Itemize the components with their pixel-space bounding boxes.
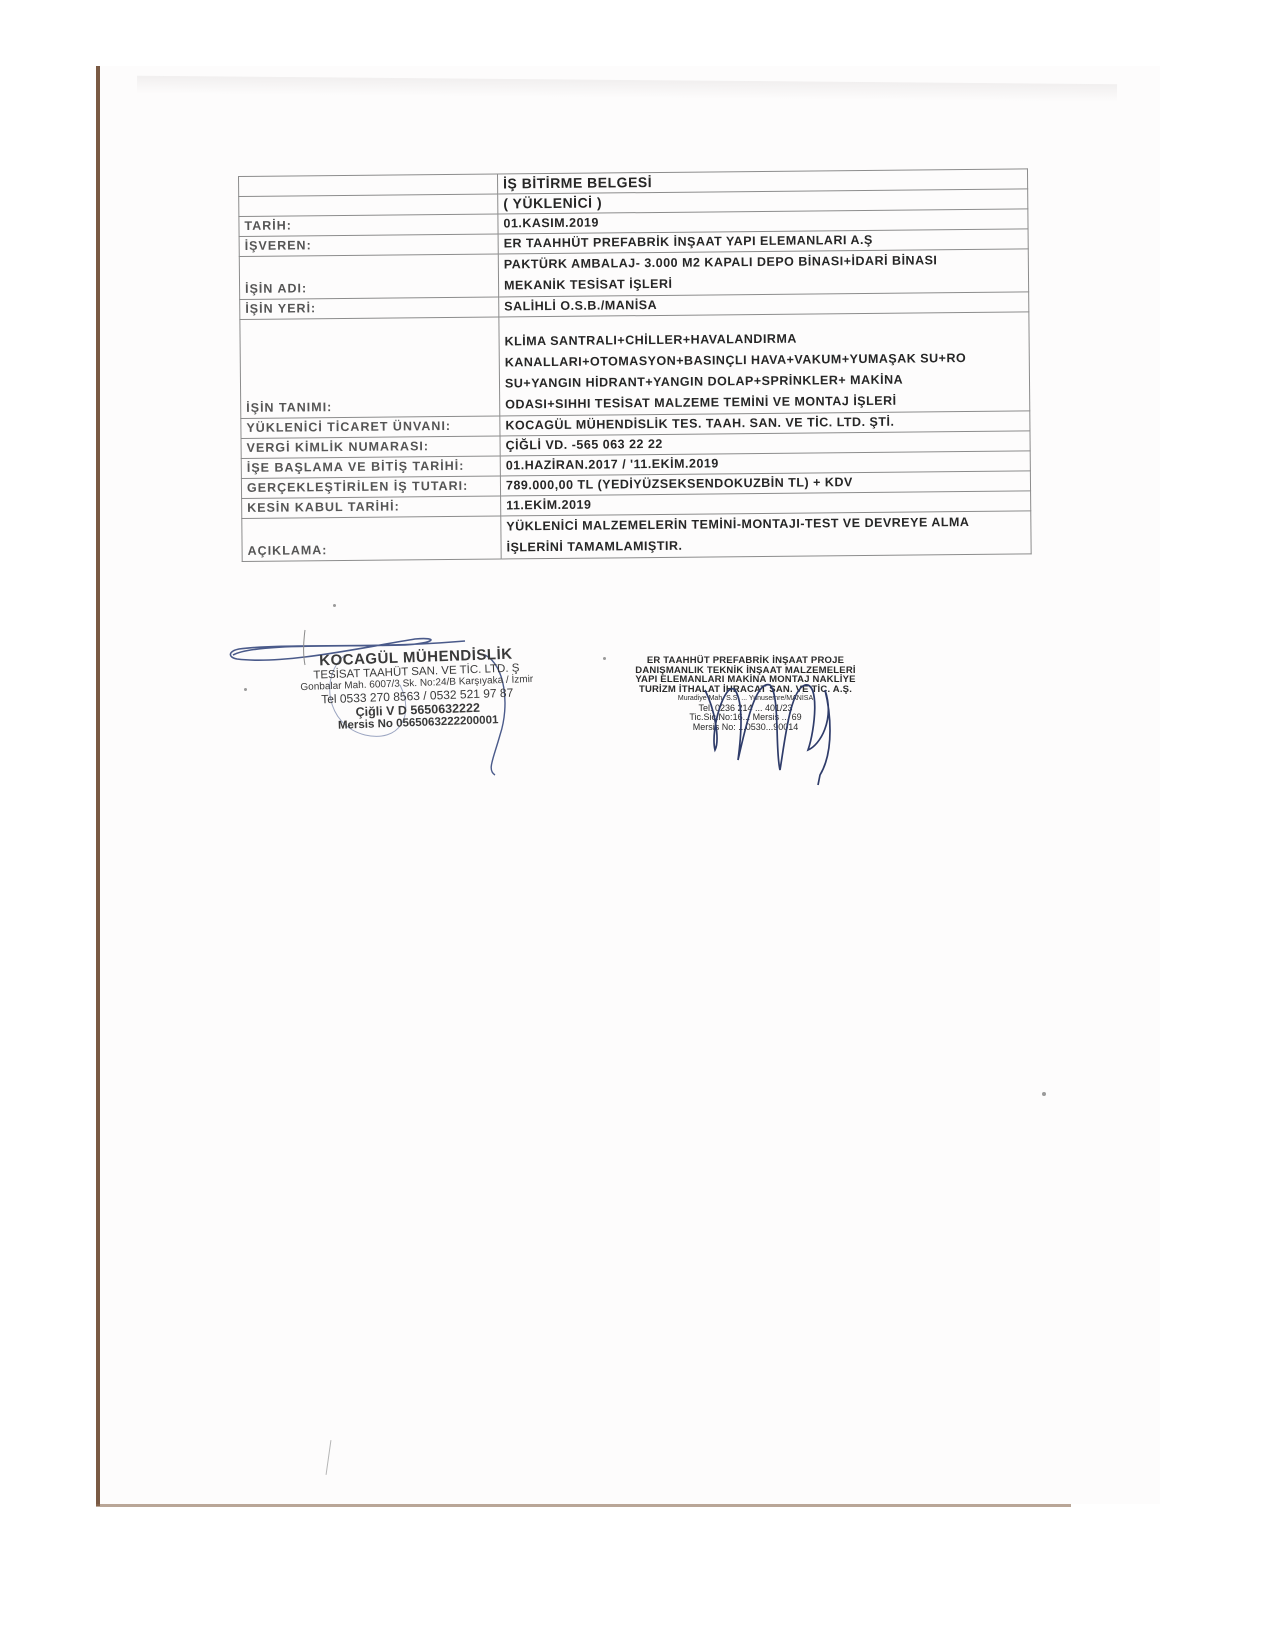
row-value-line: İŞLERİNİ TAMAMLAMIŞTIR. xyxy=(506,532,1025,558)
row-label: VERGİ KİMLİK NUMARASI: xyxy=(241,436,500,458)
row-value: KLİMA SANTRALI+CHİLLER+HAVALANDIRMA KANA… xyxy=(499,312,1030,416)
empty-label-cell xyxy=(239,174,498,196)
row-label: TARİH: xyxy=(239,214,498,236)
row-label: İŞE BAŞLAMA VE BİTİŞ TARİHİ: xyxy=(241,456,500,478)
scan-speck xyxy=(603,657,606,660)
certificate-table: İŞ BİTİRME BELGESİ ( YÜKLENİCİ ) TARİH: … xyxy=(238,168,1032,562)
certificate-table-wrapper: İŞ BİTİRME BELGESİ ( YÜKLENİCİ ) TARİH: … xyxy=(238,168,1032,562)
row-label: İŞİN YERİ: xyxy=(240,297,499,319)
scan-speck xyxy=(333,604,336,607)
table-row-notes: AÇIKLAMA: YÜKLENİCİ MALZEMELERİN TEMİNİ-… xyxy=(242,511,1031,562)
contractor-stamp: KOCAGÜL MÜHENDİSLİK TESİSAT TAAHÜT SAN. … xyxy=(286,644,549,733)
row-label: İŞİN TANIMI: xyxy=(240,317,500,418)
contractor-stamp-signature: KOCAGÜL MÜHENDİSLİK TESİSAT TAAHÜT SAN. … xyxy=(225,625,555,785)
row-value: PAKTÜRK AMBALAJ- 3.000 M2 KAPALI DEPO Bİ… xyxy=(498,249,1028,297)
scan-speck xyxy=(1042,1092,1046,1096)
paper-edge-bottom xyxy=(96,1504,1071,1507)
employer-stamp-signature: ER TAAHHÜT PREFABRİK İNŞAAT PROJE DANIŞM… xyxy=(620,650,870,790)
table-row-job-name: İŞİN ADI: PAKTÜRK AMBALAJ- 3.000 M2 KAPA… xyxy=(239,249,1028,300)
row-value: YÜKLENİCİ MALZEMELERİN TEMİNİ-MONTAJI-TE… xyxy=(501,511,1031,559)
table-row-job-description: İŞİN TANIMI: KLİMA SANTRALI+CHİLLER+HAVA… xyxy=(240,312,1030,419)
employer-signature-icon xyxy=(620,650,870,790)
row-label: İŞVEREN: xyxy=(239,234,498,256)
row-label: YÜKLENİCİ TİCARET ÜNVANI: xyxy=(241,416,500,438)
row-label: KESİN KABUL TARİHİ: xyxy=(242,496,501,518)
empty-label-cell xyxy=(239,194,498,216)
row-label: GERÇEKLEŞTİRİLEN İŞ TUTARI: xyxy=(241,476,500,498)
scan-speck xyxy=(244,688,247,691)
row-label: AÇIKLAMA: xyxy=(242,516,501,561)
row-label: İŞİN ADI: xyxy=(239,254,498,299)
